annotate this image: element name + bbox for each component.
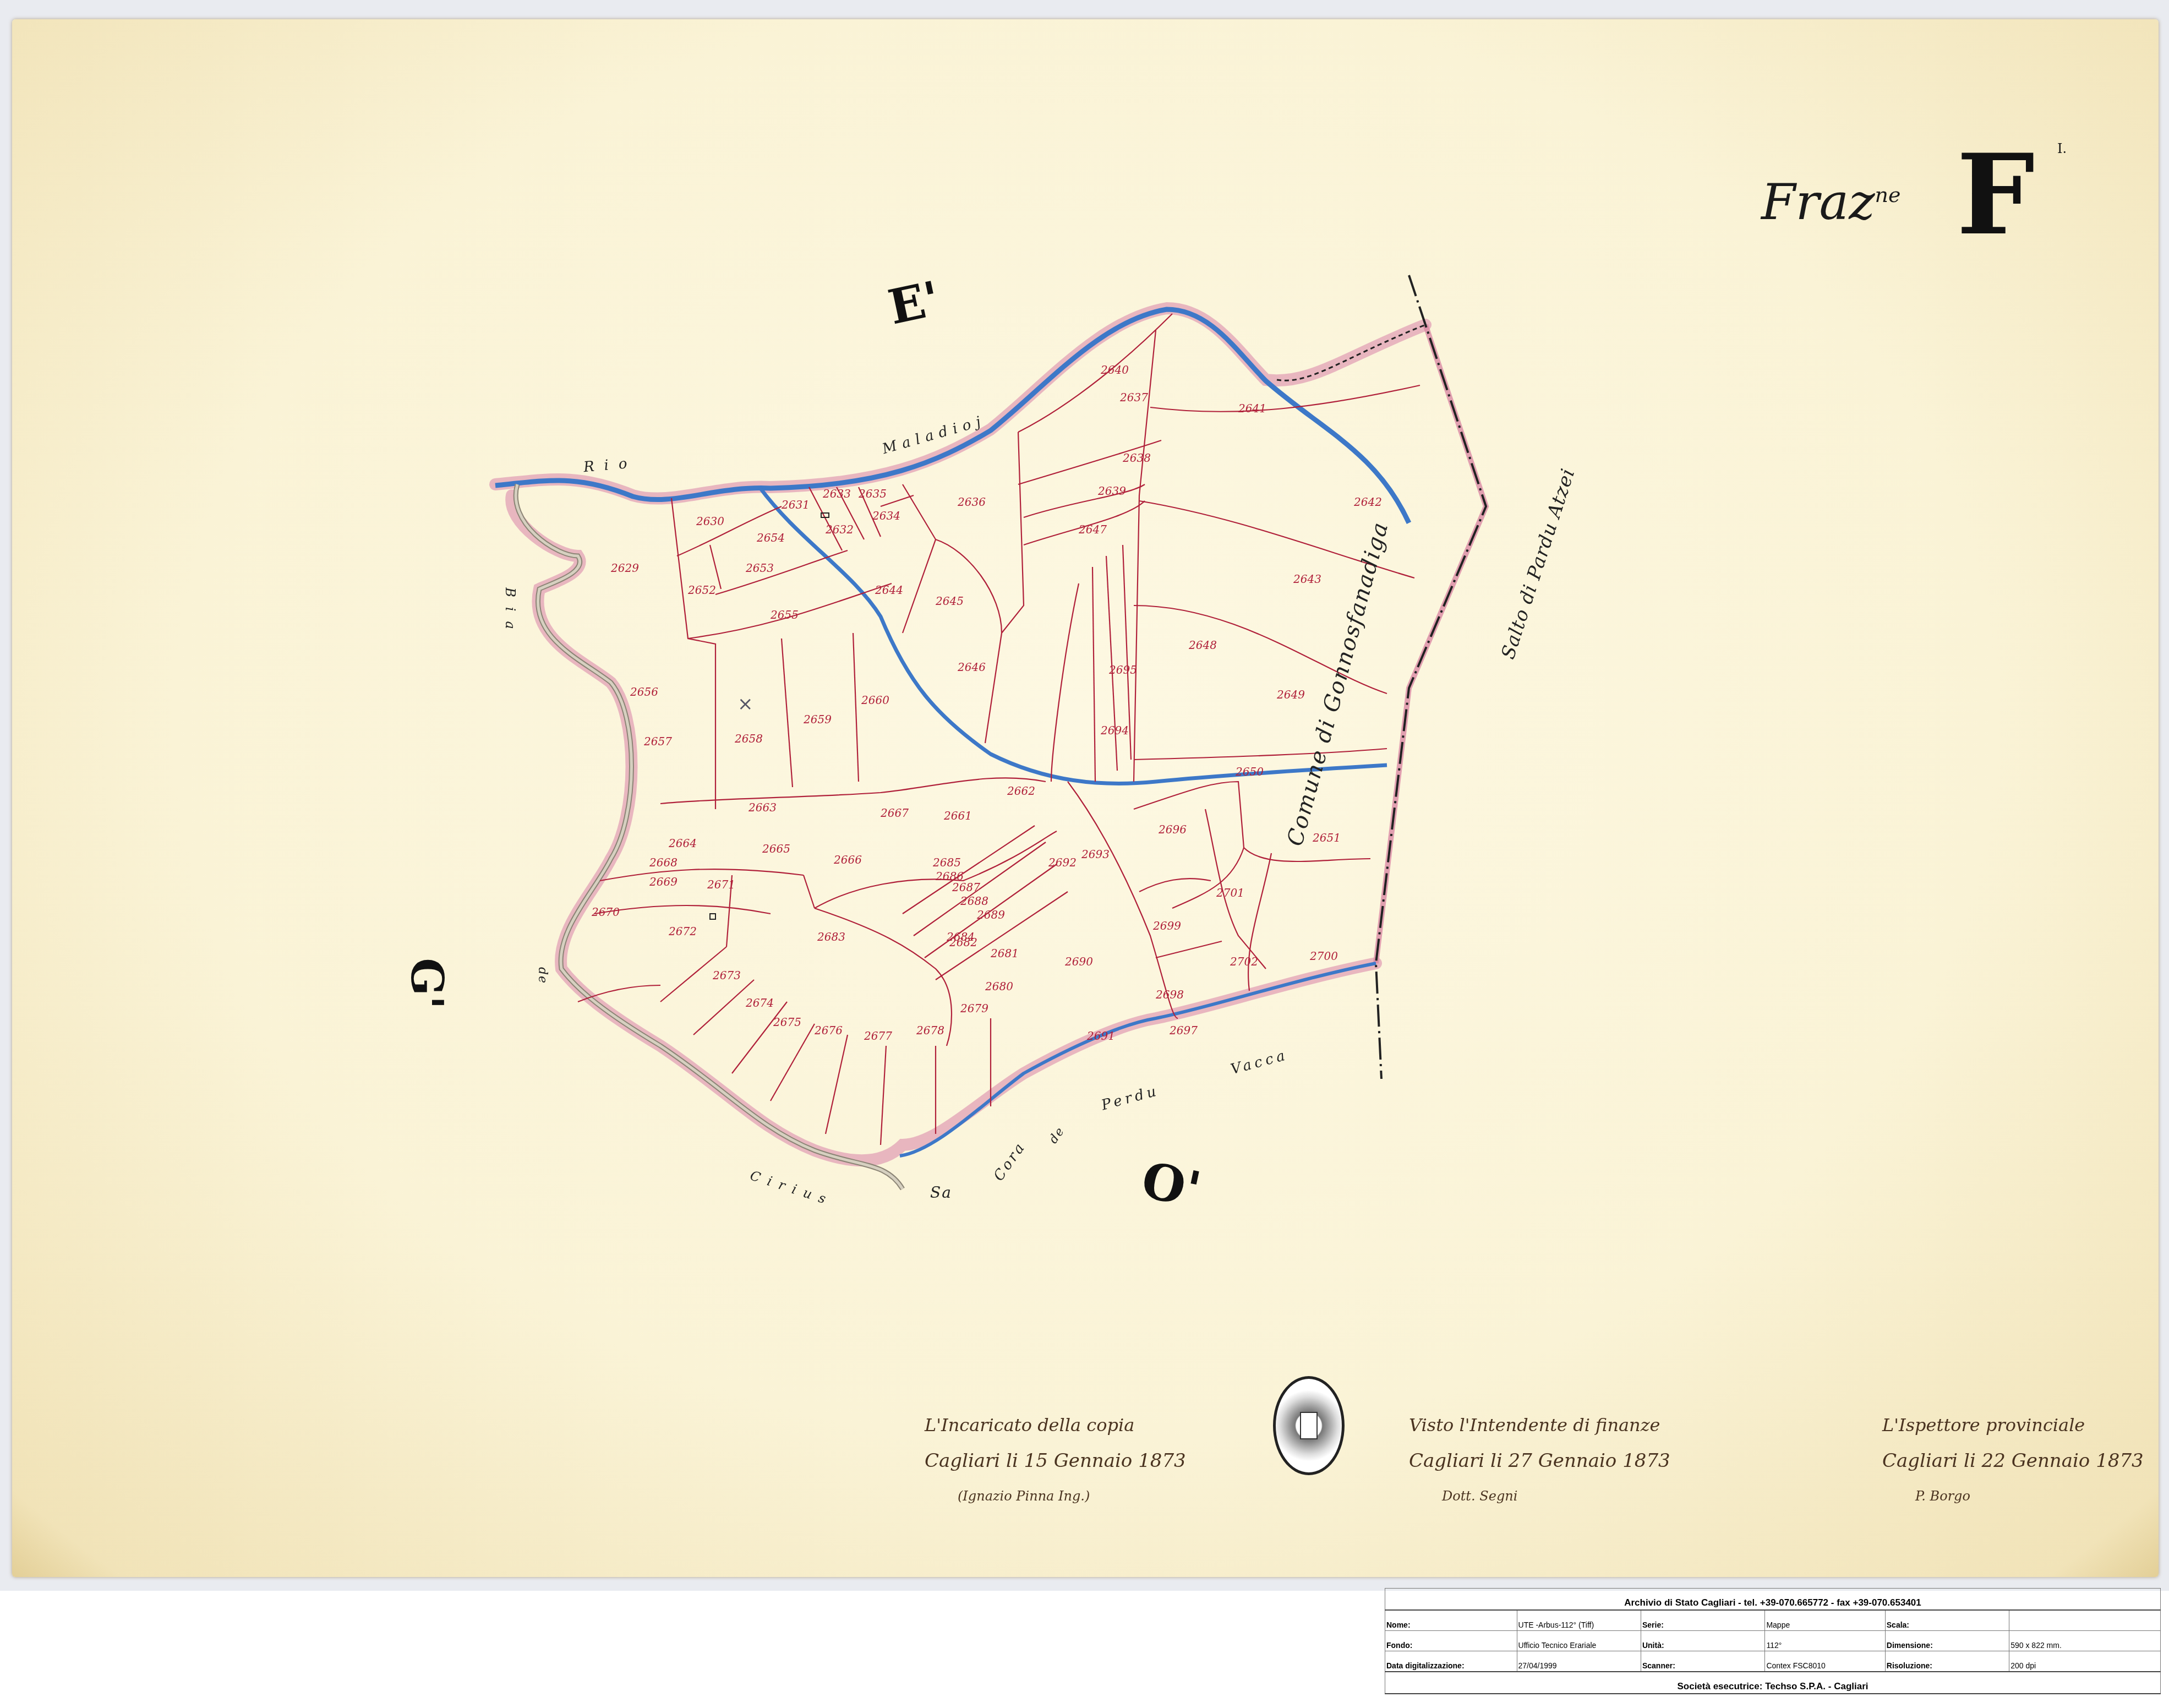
parcel-number: 2672: [669, 925, 697, 938]
label-unita: Unità:: [1641, 1631, 1764, 1651]
parcel-number: 2661: [944, 809, 972, 822]
parcel-number: 2639: [1098, 484, 1126, 498]
parcel-number: 2678: [916, 1024, 944, 1037]
label-scanner: Scanner:: [1641, 1651, 1764, 1672]
value-dimensione: 590 x 822 mm.: [2009, 1631, 2161, 1651]
parcel-number: 2645: [936, 594, 964, 608]
cadastral-map-drawing: ×: [0, 0, 2169, 1591]
parcel-number: 2643: [1293, 572, 1321, 586]
parcel-number: 2667: [881, 806, 909, 820]
parcel-number: 2671: [707, 878, 735, 891]
parcel-number: 2647: [1079, 523, 1107, 536]
parcel-number: 2696: [1159, 823, 1187, 836]
archive-header: Archivio di Stato Cagliari - tel. +39-07…: [1385, 1589, 2161, 1611]
parcel-number: 2657: [644, 735, 672, 748]
building-marker: [710, 914, 715, 919]
parcel-number: 2631: [782, 498, 810, 511]
parcel-number: 2662: [1007, 784, 1035, 798]
label-scala: Scala:: [1885, 1610, 2009, 1631]
parcel-number: 2656: [630, 685, 658, 699]
parcel-number: 2702: [1230, 955, 1258, 968]
parcel-number: 2632: [826, 523, 854, 536]
parcel-number: 2648: [1189, 639, 1217, 652]
signature-place-date: Cagliari li 22 Gennaio 1873: [1882, 1450, 2144, 1472]
parcel-number: 2646: [958, 661, 986, 674]
value-risoluzione: 200 dpi: [2009, 1651, 2161, 1672]
parcel-number: 2665: [762, 842, 790, 855]
comune-boundary: [1376, 275, 1486, 1079]
signature-title: L'Incaricato della copia: [925, 1415, 1186, 1436]
signature-place-date: Cagliari li 27 Gennaio 1873: [1409, 1450, 1670, 1472]
parcel-number: 2651: [1313, 831, 1341, 844]
parcel-number: 2676: [815, 1024, 843, 1037]
parcel-number: 2692: [1048, 856, 1077, 869]
label-nome: Nome:: [1385, 1610, 1517, 1631]
parcel-number: 2640: [1101, 363, 1129, 376]
sheet-number: I.: [2057, 141, 2067, 156]
parcel-number: 2688: [960, 894, 988, 908]
parcel-number: 2668: [649, 856, 678, 869]
parcel-number: 2700: [1310, 950, 1338, 963]
savoy-cross-icon: [1300, 1412, 1318, 1439]
label-fondo: Fondo:: [1385, 1631, 1517, 1651]
parcel-number: 2690: [1065, 955, 1093, 968]
parcel-number: 2687: [952, 881, 980, 894]
label-bia: Bia: [502, 587, 518, 639]
adjacent-sheet-south: O': [1137, 1150, 1206, 1220]
parcel-number: 2660: [861, 694, 889, 707]
label-sa: Sa: [930, 1183, 952, 1202]
parcel-number: 2655: [771, 608, 799, 621]
signature-block-intendente: Visto l'Intendente di finanze Cagliari l…: [1409, 1415, 1670, 1504]
label-dimensione: Dimensione:: [1885, 1631, 2009, 1651]
value-unita: 112°: [1765, 1631, 1885, 1651]
parcel-number: 2658: [735, 732, 763, 745]
parcel-number: 2638: [1123, 451, 1151, 465]
value-data-digitalizzazione: 27/04/1999: [1517, 1651, 1641, 1672]
parcel-number: 2701: [1216, 886, 1244, 899]
metadata-row: Nome: UTE -Arbus-112° (Tiff) Serie: Mapp…: [1385, 1610, 2161, 1631]
parcel-number: 2693: [1081, 848, 1110, 861]
river-sa-cora-de-perdu-vacca: [900, 963, 1376, 1156]
parcel-number: 2674: [746, 996, 774, 1009]
parcel-number: 2650: [1236, 765, 1264, 778]
parcel-number: 2641: [1238, 402, 1266, 415]
parcel-number: 2635: [859, 487, 887, 500]
parcel-number: 2649: [1277, 688, 1305, 701]
parcel-number: 2675: [773, 1016, 801, 1029]
parcel-number: 2683: [817, 930, 845, 943]
parcel-number: 2670: [592, 905, 620, 919]
label-de-west: de: [536, 967, 549, 984]
metadata-row: Fondo: Ufficio Tecnico Erariale Unità: 1…: [1385, 1631, 2161, 1651]
parcel-number: 2679: [960, 1002, 988, 1015]
value-scanner: Contex FSC8010: [1765, 1651, 1885, 1672]
value-fondo: Ufficio Tecnico Erariale: [1517, 1631, 1641, 1651]
label-risoluzione: Risoluzione:: [1885, 1651, 2009, 1672]
signature-signer: (Ignazio Pinna Ing.): [958, 1488, 1186, 1504]
value-scala: [2009, 1610, 2161, 1631]
parcel-number: 2691: [1087, 1029, 1115, 1043]
parcel-number: 2653: [746, 561, 774, 575]
parcel-number: 2680: [985, 980, 1013, 993]
parcel-number: 2698: [1156, 988, 1184, 1001]
parcel-number: 2654: [757, 531, 785, 544]
fraction-label: Frazne: [1761, 173, 1901, 231]
parcel-number: 2644: [875, 583, 903, 597]
sheet-letter: F: [1957, 140, 2035, 250]
parcel-number: 2697: [1170, 1024, 1198, 1037]
parcel-number: 2699: [1153, 919, 1181, 932]
signature-block-ispettore: L'Ispettore provinciale Cagliari li 22 G…: [1882, 1415, 2144, 1504]
value-nome: UTE -Arbus-112° (Tiff): [1517, 1610, 1641, 1631]
parcel-number: 2694: [1101, 724, 1129, 737]
parcel-boundaries: [578, 314, 1420, 1145]
parcel-number: 2642: [1354, 495, 1382, 509]
parcel-number: 2633: [823, 487, 851, 500]
fraction-superscript: ne: [1875, 183, 1901, 207]
executing-company: Società esecutrice: Techso S.P.A. - Cagl…: [1385, 1672, 2161, 1694]
signature-title: L'Ispettore provinciale: [1882, 1415, 2144, 1436]
parcel-number: 2684: [947, 930, 975, 943]
parcel-number: 2677: [864, 1029, 892, 1043]
svg-text:×: ×: [737, 693, 753, 715]
archive-metadata-table: Archivio di Stato Cagliari - tel. +39-07…: [1385, 1588, 2161, 1694]
official-seal: [1273, 1376, 1345, 1475]
adjacent-sheet-west: G': [401, 958, 453, 1009]
signature-block-copyist: L'Incaricato della copia Cagliari li 15 …: [925, 1415, 1186, 1504]
parcel-number: 2664: [669, 837, 697, 850]
parcel-number: 2695: [1109, 663, 1137, 676]
parcel-number: 2689: [977, 908, 1005, 921]
label-data-digitalizzazione: Data digitalizzazione:: [1385, 1651, 1517, 1672]
signature-place-date: Cagliari li 15 Gennaio 1873: [925, 1450, 1186, 1472]
signature-signer: Dott. Segni: [1442, 1488, 1670, 1504]
parcel-number: 2629: [611, 561, 639, 575]
parcel-number: 2666: [834, 853, 862, 866]
parcel-number: 2681: [991, 947, 1019, 960]
parcel-number: 2652: [688, 583, 716, 597]
parcel-number: 2685: [933, 856, 961, 869]
signature-title: Visto l'Intendente di finanze: [1409, 1415, 1670, 1436]
parcel-number: 2669: [649, 875, 678, 888]
value-serie: Mappe: [1765, 1610, 1885, 1631]
parcel-number: 2673: [713, 969, 741, 982]
parcel-number: 2634: [872, 509, 900, 522]
metadata-row: Data digitalizzazione: 27/04/1999 Scanne…: [1385, 1651, 2161, 1672]
parcel-number: 2630: [696, 515, 724, 528]
parcel-number: 2637: [1120, 391, 1148, 404]
label-serie: Serie:: [1641, 1610, 1764, 1631]
parcel-number: 2636: [958, 495, 986, 509]
parcel-number: 2663: [749, 801, 777, 814]
parcel-number: 2659: [804, 713, 832, 726]
signature-signer: P. Borgo: [1915, 1488, 2144, 1504]
fraction-text: Fraz: [1761, 173, 1875, 231]
